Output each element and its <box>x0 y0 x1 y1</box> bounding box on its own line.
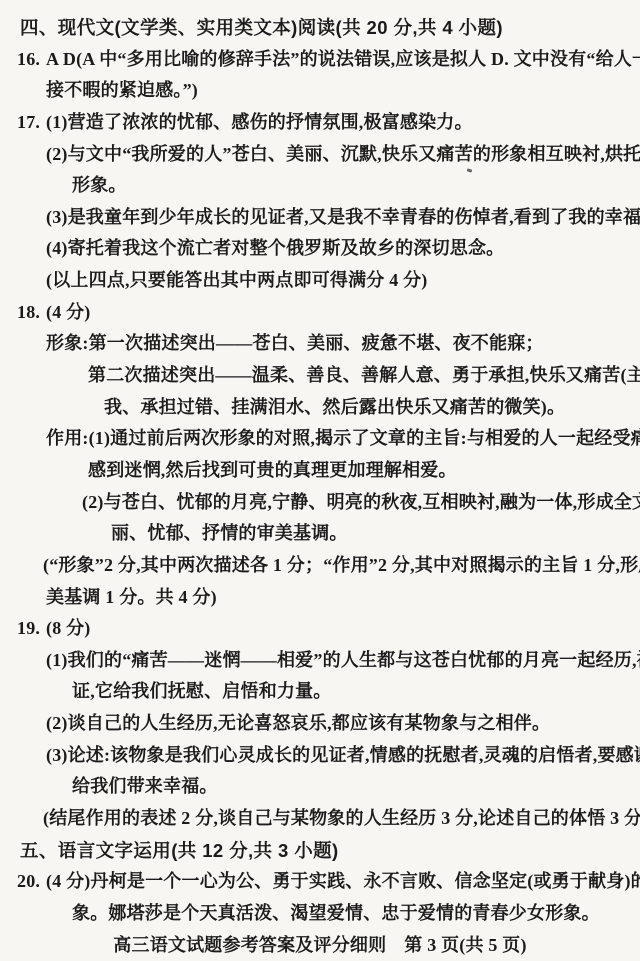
q17-number: 17. <box>17 107 46 139</box>
q20-number: 20. <box>17 866 46 898</box>
q18-function-line-1: 作用:(1)通过前后两次形象的对照,揭示了文章的主旨:与相爱的人一起经受痛苦, <box>0 423 640 455</box>
answer-key-page: 四、现代文(文学类、实用类文本)阅读(共 20 分,共 4 小题) 16. A … <box>0 0 640 961</box>
q18-function-line-3: (2)与苍白、忧郁的月亮,宁静、明亮的秋夜,互相映衬,融为一体,形成全文美 <box>0 487 640 519</box>
q19-score-line: 19. (8 分) <box>0 613 640 645</box>
q20-answer-line-1: 20. (4 分)丹柯是一个一心为公、勇于实践、永不言败、信念坚定(或勇于献身)… <box>0 866 640 898</box>
q16-answer-line-2: 接不暇的紧迫感。”) <box>0 75 640 107</box>
q17-item-3: (3)是我童年到少年成长的见证者,又是我不幸青春的伤悼者,看到了我的幸福。 <box>0 202 640 234</box>
q19-item-3-line-2: 给我们带来幸福。 <box>0 771 640 803</box>
footer-page-number: 第 3 页(共 5 页) <box>404 930 526 961</box>
q19-number: 19. <box>17 613 46 645</box>
q18-scoring-note-line-1: (“形象”2 分,其中两次描述各 1 分；“作用”2 分,其中对照揭示的主旨 1… <box>0 550 640 582</box>
q17-item-1-text: (1)营造了浓浓的忧郁、感伤的抒情氛围,极富感染力。 <box>46 107 473 139</box>
q19-score: (8 分) <box>46 613 91 645</box>
q18-image-line-2: 第二次描述突出——温柔、善良、善解人意、勇于承担,快乐又痛苦(主动关心 <box>0 360 640 392</box>
q18-number: 18. <box>17 297 46 329</box>
q18-image-line-1: 形象:第一次描述突出——苍白、美丽、疲惫不堪、夜不能寐； <box>0 328 640 360</box>
q18-score-line: 18. (4 分) <box>0 297 640 329</box>
q16-answer-line-1: 16. A D(A 中“多用比喻的修辞手法”的说法错误,应该是拟人 D. 文中没… <box>0 44 640 76</box>
footer-doc-title: 高三语文试题参考答案及评分细则 <box>113 930 386 961</box>
q19-scoring-note: (结尾作用的表述 2 分,谈自己与某物象的人生经历 3 分,论述自己的体悟 3 … <box>0 803 640 835</box>
section-4-heading: 四、现代文(文学类、实用类文本)阅读(共 20 分,共 4 小题) <box>0 12 640 44</box>
q18-scoring-note-line-2: 美基调 1 分。共 4 分) <box>0 582 640 614</box>
q17-item-2-line-1: (2)与文中“我所爱的人”苍白、美丽、沉默,快乐又痛苦的形象相互映衬,烘托了人物 <box>0 139 640 171</box>
q16-number: 16. <box>17 44 46 76</box>
q16-answer-text: A D(A 中“多用比喻的修辞手法”的说法错误,应该是拟人 D. 文中没有“给人… <box>46 44 640 76</box>
q17-scoring-note: (以上四点,只要能答出其中两点即可得满分 4 分) <box>0 265 640 297</box>
q19-item-3-line-1: (3)论述:该物象是我们心灵成长的见证者,情感的抚慰者,灵魂的启悟者,要感谢它 <box>0 740 640 772</box>
q20-answer-line-2: 象。娜塔莎是个天真活泼、渴望爱情、忠于爱情的青春少女形象。 <box>0 898 640 930</box>
q18-score: (4 分) <box>46 297 91 329</box>
page-footer: 高三语文试题参考答案及评分细则 第 3 页(共 5 页) <box>0 930 640 961</box>
q19-item-1-line-2: 证,它给我们抚慰、启悟和力量。 <box>0 676 640 708</box>
q19-item-2: (2)谈自己的人生经历,无论喜怒哀乐,都应该有某物象与之相伴。 <box>0 708 640 740</box>
section-5-heading: 五、语言文字运用(共 12 分,共 3 小题) <box>0 835 640 867</box>
q17-item-4: (4)寄托着我这个流亡者对整个俄罗斯及故乡的深切思念。 <box>0 233 640 265</box>
q17-item-2-line-2: 形象。 <box>0 170 640 202</box>
q18-image-line-3: 我、承担过错、挂满泪水、然后露出快乐又痛苦的微笑)。 <box>0 392 640 424</box>
q17-item-1: 17. (1)营造了浓浓的忧郁、感伤的抒情氛围,极富感染力。 <box>0 107 640 139</box>
q18-function-line-2: 感到迷惘,然后找到可贵的真理更加理解相爱。 <box>0 455 640 487</box>
q18-function-line-4: 丽、忧郁、抒情的审美基调。 <box>0 518 640 550</box>
q20-answer-text: (4 分)丹柯是一个一心为公、勇于实践、永不言败、信念坚定(或勇于献身)的英雄形 <box>46 866 640 898</box>
q19-item-1-line-1: (1)我们的“痛苦——迷惘——相爱”的人生都与这苍白忧郁的月亮一起经历,被它见 <box>0 645 640 677</box>
